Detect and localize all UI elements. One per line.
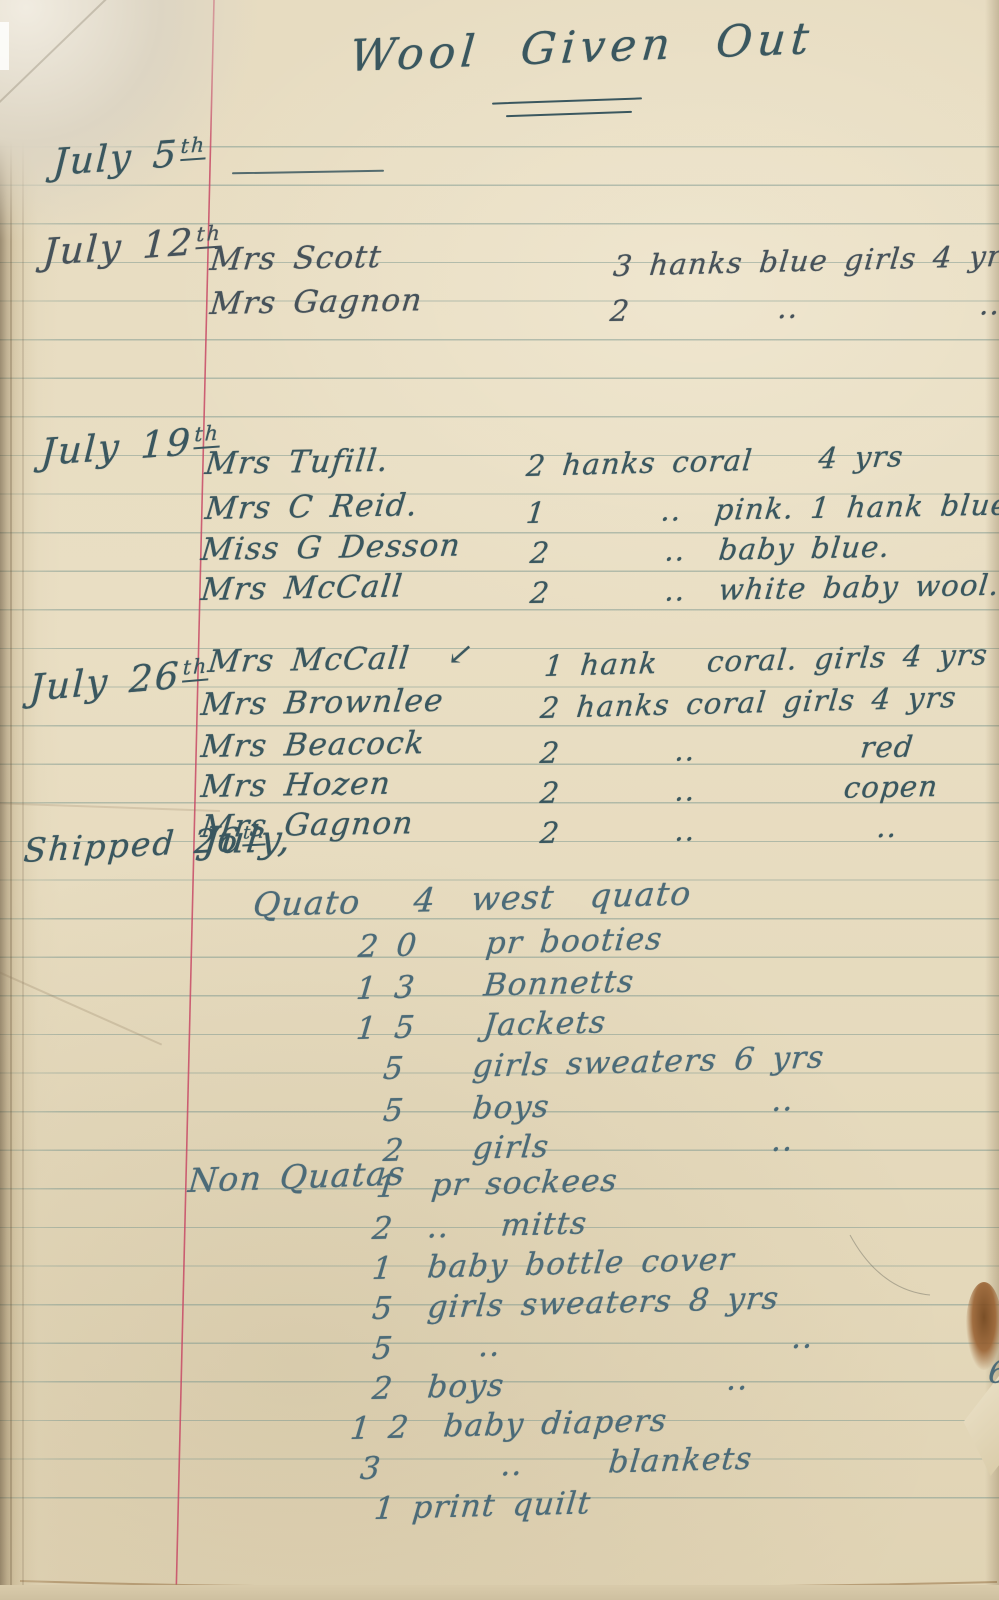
entry-value: 2 .. .. .. [608, 285, 999, 328]
entry-name: Mrs C Reid. [203, 488, 420, 527]
date-ordinal: th [182, 653, 208, 682]
ledger-page: Wool Given Out July 5th July 12th Mrs Sc… [0, 0, 999, 1600]
entry-name: Mrs Scott [208, 240, 383, 279]
entry-value: 1 .. pink. 1 hank blue [524, 489, 999, 531]
entry-name: Mrs McCall [199, 569, 405, 608]
quota-header: Quato 4 west quato [251, 875, 693, 924]
quota-item: 5 girls sweaters 6 yrs [382, 1040, 827, 1087]
entry-value: 2 hanks coral girls 4 yrs [539, 681, 959, 725]
entry-value: 3 hanks blue girls 4 yrs [612, 239, 999, 283]
nonquota-item: 1 2 baby diapers [349, 1404, 669, 1448]
corner-notch [0, 22, 9, 70]
entry-name: Mrs Gagnon [208, 283, 424, 322]
date-text: July 5 [52, 132, 180, 184]
date-july-19: July 19th [40, 420, 221, 475]
nonquota-item: 1 print quilt [373, 1486, 593, 1527]
title-underline-1 [492, 97, 642, 104]
entry-name: Mrs Beacock [199, 726, 427, 766]
quota-item: 2 0 pr booties [357, 922, 665, 966]
next-page-strip [0, 1585, 999, 1600]
insert-arrow: ↙ [446, 638, 477, 673]
nonquota-header: Non Quatas [187, 1154, 407, 1199]
quota-item: 1 3 Bonnetts [355, 965, 637, 1008]
blank-entry-dash [232, 170, 384, 175]
nonquota-item: 2 .. mitts [371, 1206, 589, 1247]
entry-value: 2 .. .. .. [538, 807, 999, 850]
nonquota-item: 1 pr sockees [375, 1164, 620, 1206]
quota-item: 1 5 Jackets [355, 1005, 608, 1047]
nonquota-item: 3 .. blankets [359, 1442, 755, 1488]
stray-scratch [850, 1235, 930, 1295]
nonquota-item: 1 baby bottle cover [371, 1243, 737, 1288]
entry-value: 2 .. white baby wool. [528, 569, 999, 611]
entry-name: Mrs McCall [206, 641, 412, 680]
date-ordinal: th [180, 132, 207, 161]
page-stack-edge [22, 0, 24, 1600]
page-title: Wool Given Out [348, 14, 816, 82]
entry-name: Mrs Tufill. [203, 444, 390, 483]
nonquota-item: 5 girls sweaters 8 yrs [371, 1281, 781, 1327]
date-july-12: July 12th [42, 220, 223, 275]
shipped-month: July, [202, 818, 295, 862]
date-july-5: July 5th [52, 131, 207, 184]
entry-value: 1 hank coral. girls 4 yrs [543, 638, 990, 683]
date-text: July 19 [40, 421, 193, 474]
entry-value: 2 .. copen .. 2 .. [538, 765, 999, 810]
title-underline-2 [506, 111, 632, 117]
entry-value: 2 .. baby blue. [528, 531, 891, 571]
entry-value: 2 .. red .. 4 .. [538, 725, 999, 770]
page-stack-edge [10, 0, 12, 1600]
date-text: July 12 [42, 221, 195, 274]
entry-name: Miss G Desson [199, 528, 462, 568]
entry-name: Mrs Hozen [199, 767, 393, 806]
entry-value: 2 hanks coral 4 yrs [525, 440, 905, 483]
date-ordinal: th [194, 420, 221, 449]
entry-name: Mrs Brownlee [199, 684, 445, 724]
